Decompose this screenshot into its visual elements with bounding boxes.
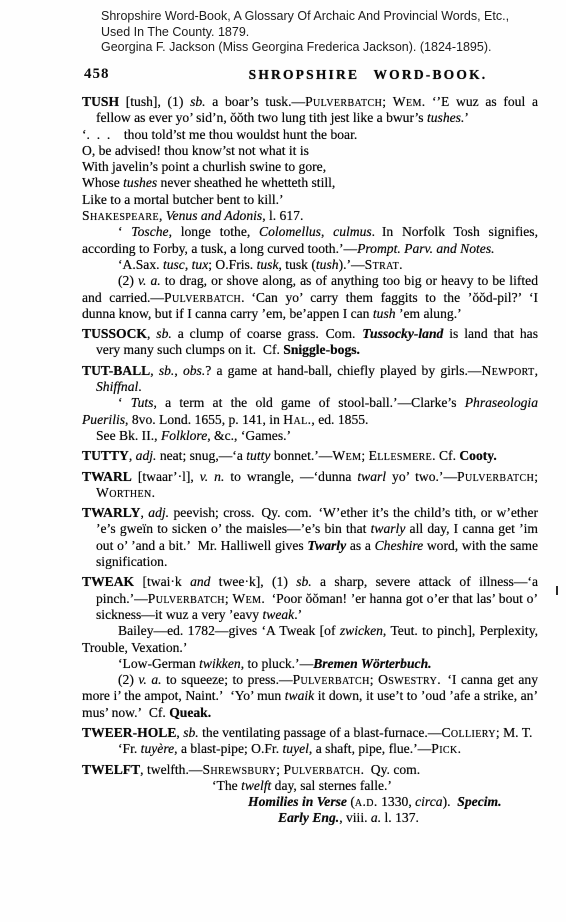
entry-definition: TWARLY, adj. peevish; cross. Qy. com. ‘W… [82,505,538,570]
caption-title-line: Shropshire Word-Book, A Glossary Of Arch… [101,9,541,25]
citation-note: ‘ Tuts, a term at the old game of stool-… [82,395,538,428]
entry-twelft: TWELFT, twelfth.—Shrewsbury; Pulverbatch… [82,762,538,827]
entry-definition: TWARL [twaar’·l], v. n. to wrangle, —‘du… [82,469,538,502]
verse-quotation: ‘. . . thou told’st me thou wouldst hunt… [82,127,538,225]
entry-definition: TWEER-HOLE, sb. the ventilating passage … [82,725,538,741]
entry-tweak: TWEAK [twai·k and twee·k], (1) sb. a sha… [82,574,538,721]
entry-definition: TUT-BALL, sb., obs.? a game at hand-ball… [82,363,538,396]
citation-source: Early Eng., viii. a. l. 137. [278,810,538,826]
scanned-book-page: Shropshire Word-Book, A Glossary Of Arch… [0,0,566,922]
verse-line: ‘. . . thou told’st me thou wouldst hunt… [82,127,538,143]
etymology-note: ‘Fr. tuyère, a blast-pipe; O.Fr. tuyel, … [82,741,538,757]
cross-reference: See Bk. II., Folklore, &c., ‘Games.’ [82,428,538,444]
entry-tutty: TUTTY, adj. neat; snug,—‘a tutty bonnet.… [82,448,538,464]
etymology-note: ‘ Tosche, longe tothe, Colomellus, culmu… [82,224,538,257]
running-title: SHROPSHIRE WORD-BOOK. [228,67,508,83]
entry-definition: TWEAK [twai·k and twee·k], (1) sb. a sha… [82,574,538,623]
etymology-note: ‘Low-German twikken, to pluck.’—Bremen W… [82,656,538,672]
verse-line: Whose tushes never sheathed he whetteth … [82,175,538,191]
entry-twarly: TWARLY, adj. peevish; cross. Qy. com. ‘W… [82,505,538,570]
catalog-caption: Shropshire Word-Book, A Glossary Of Arch… [101,9,541,56]
citation-note: Bailey—ed. 1782—gives ‘A Tweak [of zwick… [82,623,538,656]
page-number: 458 [84,66,110,83]
entry-definition: TUTTY, adj. neat; snug,—‘a tutty bonnet.… [82,448,538,464]
entry-definition: TUSH [tush], (1) sb. a boar’s tusk.—Pulv… [82,94,538,127]
running-header: 458 SHROPSHIRE WORD-BOOK. [84,66,538,84]
verse-line: O, be advised! thou know’st not what it … [82,143,538,159]
entry-tush: TUSH [tush], (1) sb. a boar’s tusk.—Pulv… [82,94,538,322]
caption-subtitle-line: Used In The County. 1879. [101,25,541,41]
etymology-note: ‘A.Sax. tusc, tux; O.Fris. tusk, tusk (t… [82,257,538,273]
scan-artifact-mark [556,586,558,595]
sense-paragraph: (2) v. a. to drag, or shove along, as of… [82,273,538,322]
entry-definition: TWELFT, twelfth.—Shrewsbury; Pulverbatch… [82,762,538,778]
verse-attribution: Shakespeare, Venus and Adonis, l. 617. [82,208,538,224]
entry-tweer-hole: TWEER-HOLE, sb. the ventilating passage … [82,725,538,758]
entry-definition: TUSSOCK, sb. a clump of coarse grass. Co… [82,326,538,359]
verse-line: Like to a mortal butcher bent to kill.’ [82,192,538,208]
glossary-body: TUSH [tush], (1) sb. a boar’s tusk.—Pulv… [82,94,538,831]
entry-tut-ball: TUT-BALL, sb., obs.? a game at hand-ball… [82,363,538,444]
caption-author-line: Georgina F. Jackson (Miss Georgina Frede… [101,40,541,56]
entry-tussock: TUSSOCK, sb. a clump of coarse grass. Co… [82,326,538,359]
citation-source: Homilies in Verse (a.d. 1330, circa). Sp… [248,794,538,810]
entry-twarl: TWARL [twaar’·l], v. n. to wrangle, —‘du… [82,469,538,502]
sense-paragraph: (2) v. a. to squeeze; to press.—Pulverba… [82,672,538,721]
verse-line: With javelin’s point a churlish swine to… [82,159,538,175]
quotation-line: ‘The twelft day, sal sternes falle.’ [212,778,538,794]
